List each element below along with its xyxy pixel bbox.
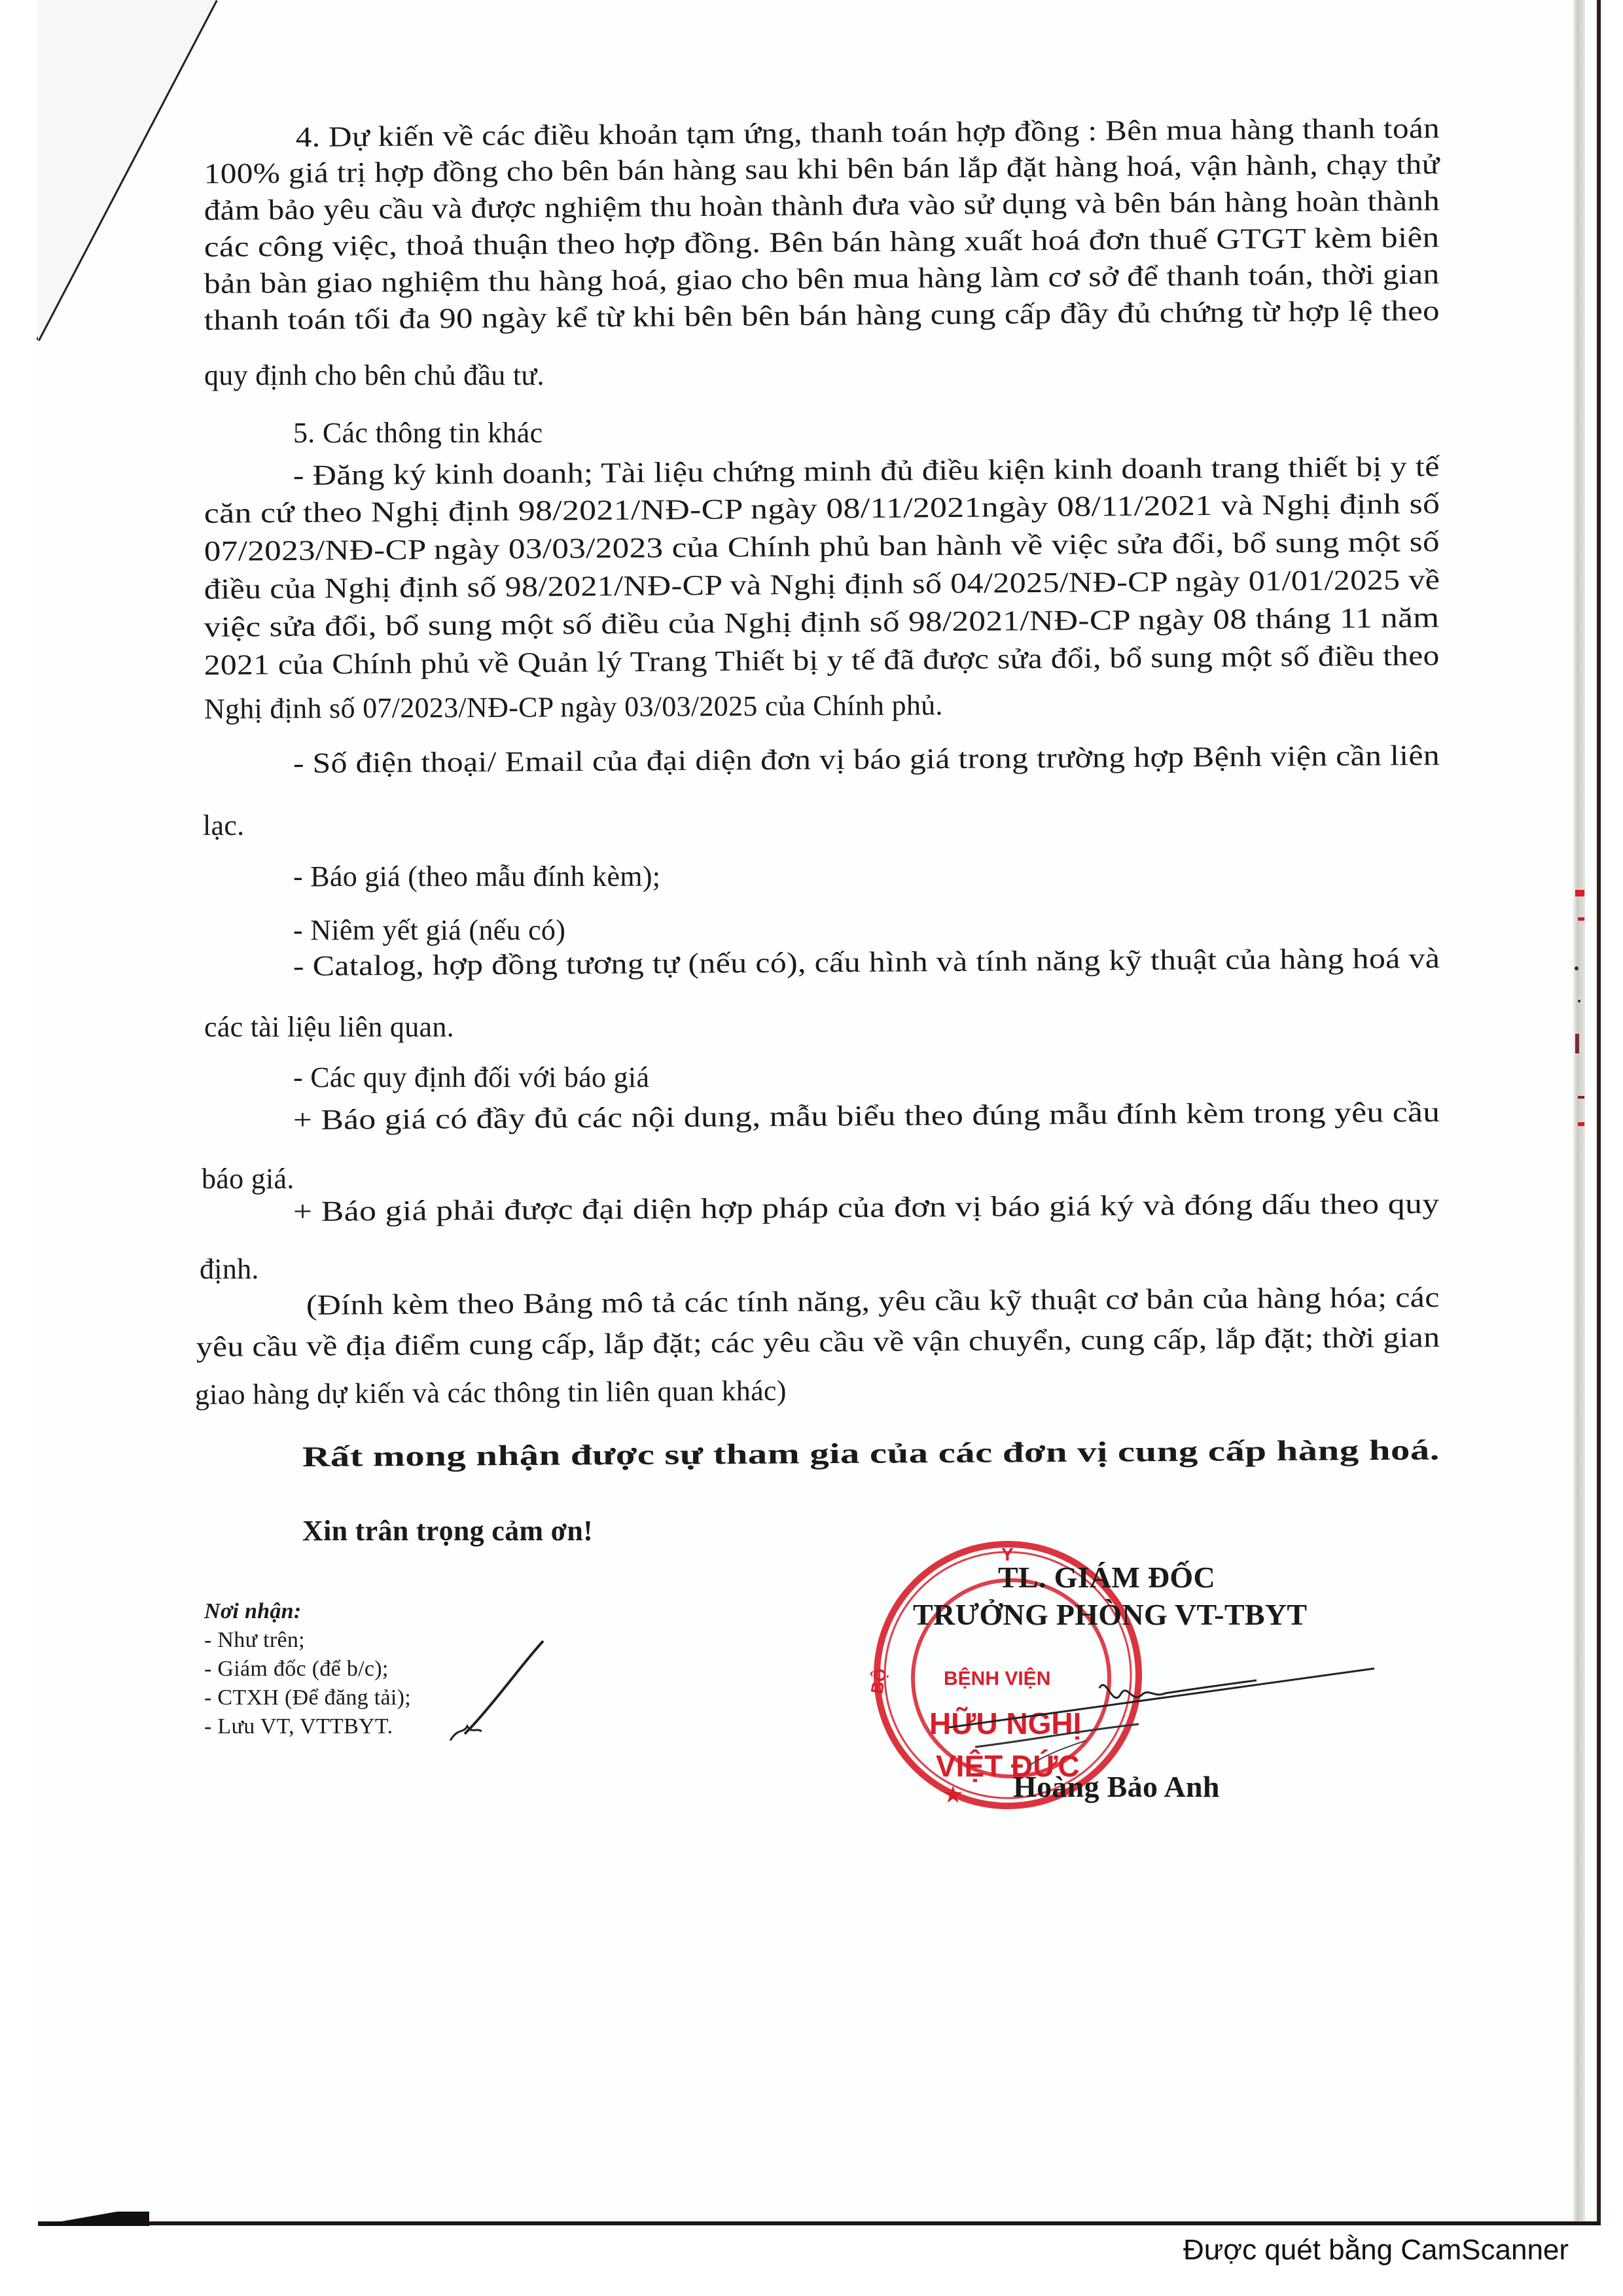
closing-line: Rất mong nhận được sự tham gia của các đ… [302, 1436, 1440, 1472]
page-bottom-edge [38, 2221, 1601, 2225]
list-item: - Niêm yết giá (nếu có) [293, 916, 565, 945]
svg-text:★: ★ [942, 1781, 963, 1808]
recipient-item: - Giám đốc (để b/c); [204, 1658, 389, 1680]
signature-position: TRƯỞNG PHÒNG VT-TBYT [913, 1600, 1307, 1630]
recipients-heading: Nơi nhận: [204, 1600, 302, 1623]
paragraph-line: - Số điện thoại/ Email của đại diện đơn … [293, 741, 1440, 778]
svg-text:BỘ: BỘ [866, 1667, 890, 1695]
paragraph-line: quy định cho bên chủ đầu tư. [204, 361, 544, 390]
list-item: - Catalog, hợp đồng tương tự (nếu có), c… [293, 944, 1440, 981]
paragraph-line: Nghị định số 07/2023/NĐ-CP ngày 03/03/20… [204, 691, 943, 724]
paragraph-line: các tài liệu liên quan. [204, 1013, 454, 1042]
initial-signature-mark [445, 1636, 550, 1747]
list-item: + Báo giá phải được đại diện hợp pháp củ… [293, 1190, 1440, 1226]
recipient-item: - Lưu VT, VTTBYT. [204, 1716, 393, 1738]
bleed-through-marks [1567, 890, 1587, 1178]
section-heading: 5. Các thông tin khác [293, 419, 543, 448]
paragraph-line: giao hàng dự kiến và các thông tin liên … [195, 1377, 787, 1409]
paragraph-line: (Đính kèm theo Bảng mô tả các tính năng,… [306, 1283, 1440, 1320]
handwritten-signature [949, 1649, 1407, 1780]
page-corner-shadow [38, 2212, 149, 2226]
camscanner-watermark: Được quét bằng CamScanner [1183, 2234, 1569, 2267]
paragraph-line: báo giá. [202, 1165, 294, 1193]
list-item: + Báo giá có đầy đủ các nội dung, mẫu bi… [293, 1098, 1440, 1135]
paragraph-line: định. [200, 1255, 259, 1284]
closing-thanks: Xin trân trọng cảm ơn! [302, 1517, 593, 1545]
paragraph-line: lạc. [203, 811, 244, 840]
recipient-item: - CTXH (Để đăng tải); [204, 1687, 411, 1709]
signature-title: TL. GIÁM ĐỐC [998, 1563, 1215, 1593]
recipient-item: - Như trên; [204, 1629, 305, 1651]
list-item: - Các quy định đối với báo giá [293, 1063, 649, 1092]
list-item: - Báo giá (theo mẫu đính kèm); [293, 862, 660, 891]
